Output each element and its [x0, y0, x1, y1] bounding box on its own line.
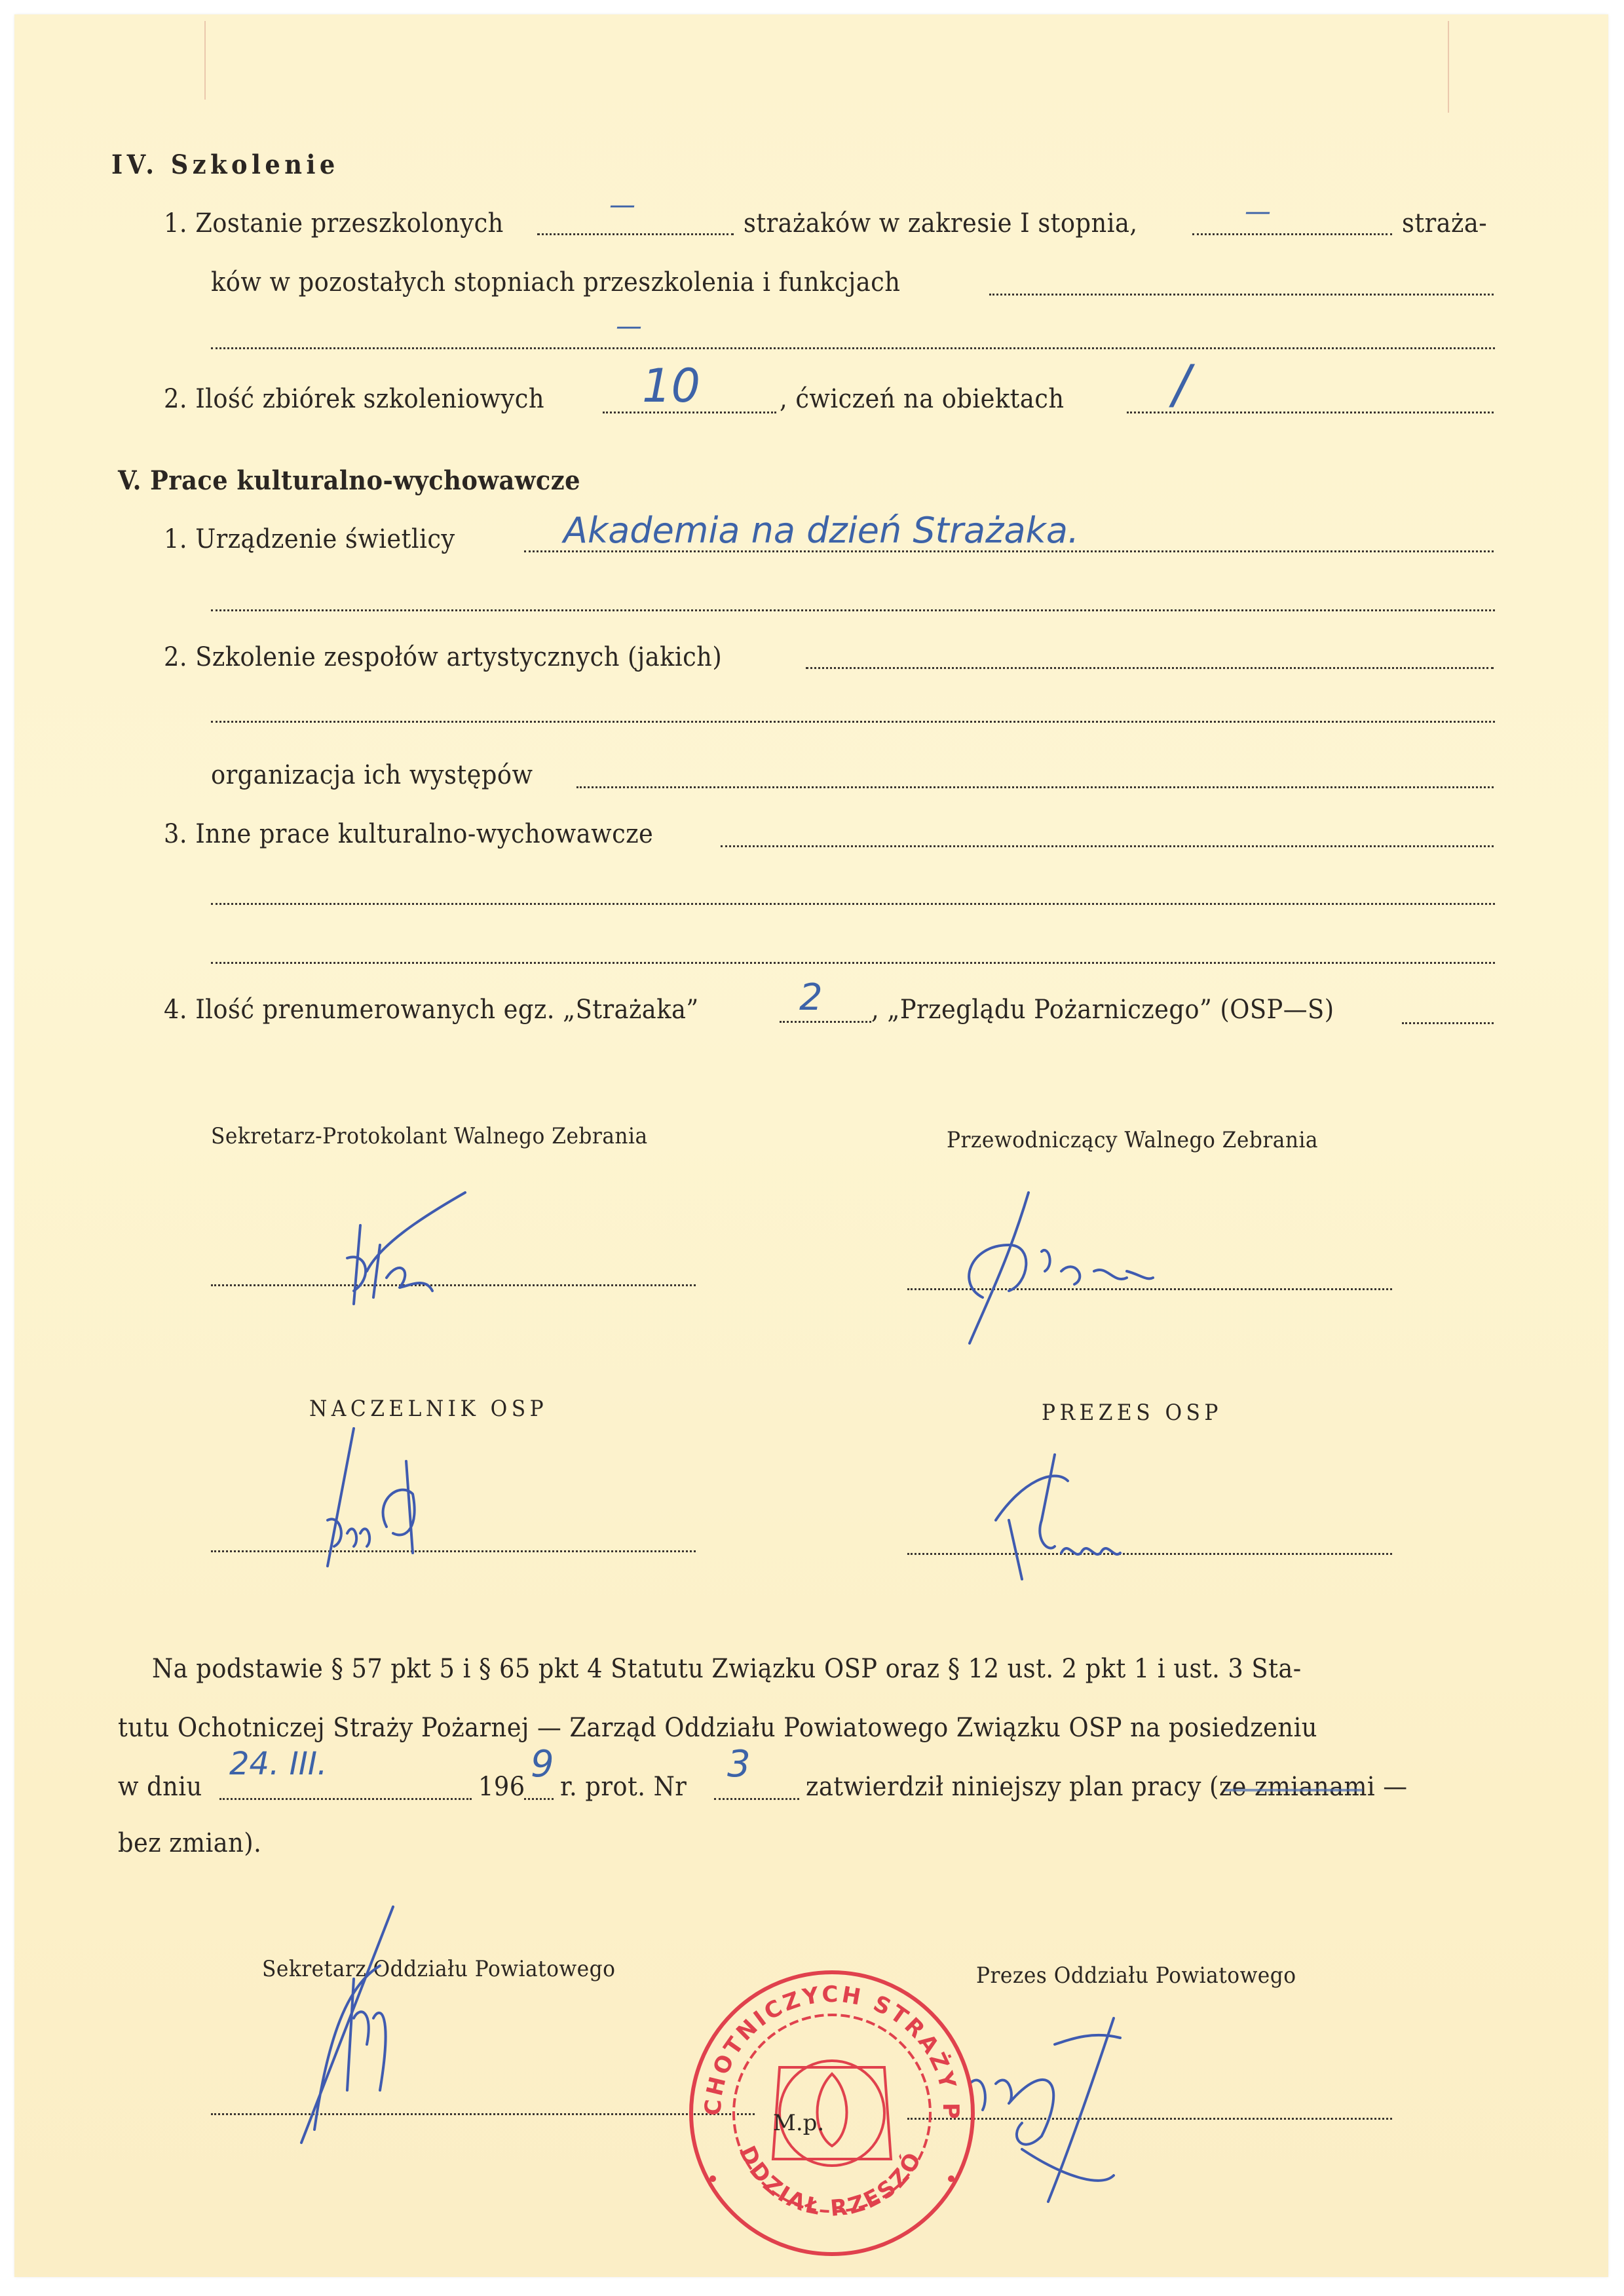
strikethrough-mark: [1225, 1789, 1363, 1791]
paper-crease: [1448, 21, 1449, 113]
approval-year-value: 9: [531, 1743, 554, 1786]
iv-2-value-b: /: [1173, 354, 1190, 415]
iv-2-label-b: , ćwiczeń na obiektach: [780, 384, 1065, 414]
v-3-field-continued-1[interactable]: [211, 903, 1495, 905]
v-1-label: 1. Urządzenie świetlicy: [164, 524, 455, 554]
iv-1-value-d: —: [616, 311, 642, 341]
chairman-signature: [930, 1179, 1166, 1350]
stamp-text-top: ZWIĄZEK OCHOTNICZYCH STRAŻY POŻARNYCH: [681, 1962, 964, 2122]
iv-1-field-a[interactable]: [537, 233, 734, 235]
secretary-protocol-label: Sekretarz-Protokolant Walnego Zebrania: [211, 1123, 648, 1149]
approval-line-3-suffix: zatwierdził niniejszy plan pracy (ze zmi…: [806, 1772, 1407, 1802]
commander-label: NACZELNIK OSP: [309, 1396, 548, 1422]
approval-date-prefix: w dniu: [118, 1772, 202, 1802]
v-3-label: 3. Inne prace kulturalno-wychowawcze: [164, 819, 653, 849]
iv-1-value-a: —: [609, 190, 635, 220]
v-2-sub-field[interactable]: [576, 786, 1494, 788]
approval-line-2: tutu Ochotniczej Straży Pożarnej — Zarzą…: [118, 1713, 1317, 1743]
paper-crease: [204, 21, 206, 100]
iv-1-field-d-continued[interactable]: [211, 347, 1495, 349]
iv-2-label-a: 2. Ilość zbiórek szkoleniowych: [164, 384, 544, 414]
district-secretary-signature: [249, 1894, 445, 2156]
seal-place-label: M.p.: [773, 2110, 824, 2136]
v-2-sub-label: organizacja ich występów: [211, 760, 533, 790]
v-3-field[interactable]: [721, 845, 1494, 847]
approval-protocol-value: 3: [727, 1743, 751, 1786]
approval-year-field[interactable]: [524, 1798, 554, 1800]
approval-protocol-field[interactable]: [714, 1798, 799, 1800]
v-1-value: Akademia na dzień Strażaka.: [563, 510, 1079, 551]
official-stamp: ZWIĄZEK OCHOTNICZYCH STRAŻY POŻARNYCH OD…: [681, 1962, 983, 2264]
district-president-label: Prezes Oddziału Powiatowego: [976, 1962, 1296, 1989]
approval-line-4: bez zmian).: [118, 1828, 261, 1858]
v-4-label-a: 4. Ilość prenumerowanych egz. „Strażaka”: [164, 995, 699, 1025]
iv-1-field-d[interactable]: [989, 294, 1494, 296]
v-4-value-a: 2: [799, 976, 823, 1019]
section-iv-title: IV. Szkolenie: [111, 149, 339, 180]
iv-1-label-c: straża-: [1402, 208, 1487, 239]
iv-1-label-b: strażaków w zakresie I stopnia,: [744, 208, 1138, 239]
v-2-field-continued[interactable]: [211, 721, 1495, 723]
v-4-field-b[interactable]: [1402, 1022, 1494, 1024]
secretary-protocol-signature: [328, 1179, 537, 1311]
approval-date-value: 24. III.: [229, 1746, 327, 1782]
iv-1-label-d: ków w pozostałych stopniach przeszkoleni…: [211, 267, 900, 297]
approval-line-1: Na podstawie § 57 pkt 5 i § 65 pkt 4 Sta…: [152, 1654, 1302, 1684]
chairman-label: Przewodniczący Walnego Zebrania: [947, 1127, 1318, 1153]
v-3-field-continued-2[interactable]: [211, 962, 1495, 964]
v-4-label-b: , „Przeglądu Pożarniczego” (OSP—S): [871, 995, 1334, 1025]
v-1-field-continued[interactable]: [211, 609, 1495, 611]
v-4-field-a[interactable]: [780, 1021, 871, 1023]
v-2-label: 2. Szkolenie zespołów artystycznych (jak…: [164, 642, 722, 672]
section-v-title: V. Prace kulturalno-wychowawcze: [118, 465, 580, 496]
approval-year-prefix: 196: [478, 1772, 525, 1802]
iv-2-value-a: 10: [642, 359, 700, 413]
approval-date-field[interactable]: [219, 1798, 472, 1800]
v-2-field[interactable]: [806, 667, 1494, 669]
president-signature: [970, 1442, 1166, 1586]
commander-signature: [288, 1422, 498, 1579]
iv-1-label-a: 1. Zostanie przeszkolonych: [164, 208, 504, 239]
approval-protocol-prefix: r. prot. Nr: [560, 1772, 687, 1802]
iv-1-field-b[interactable]: [1192, 233, 1392, 235]
president-label: PREZES OSP: [1042, 1400, 1222, 1426]
iv-1-value-b: —: [1245, 197, 1271, 227]
